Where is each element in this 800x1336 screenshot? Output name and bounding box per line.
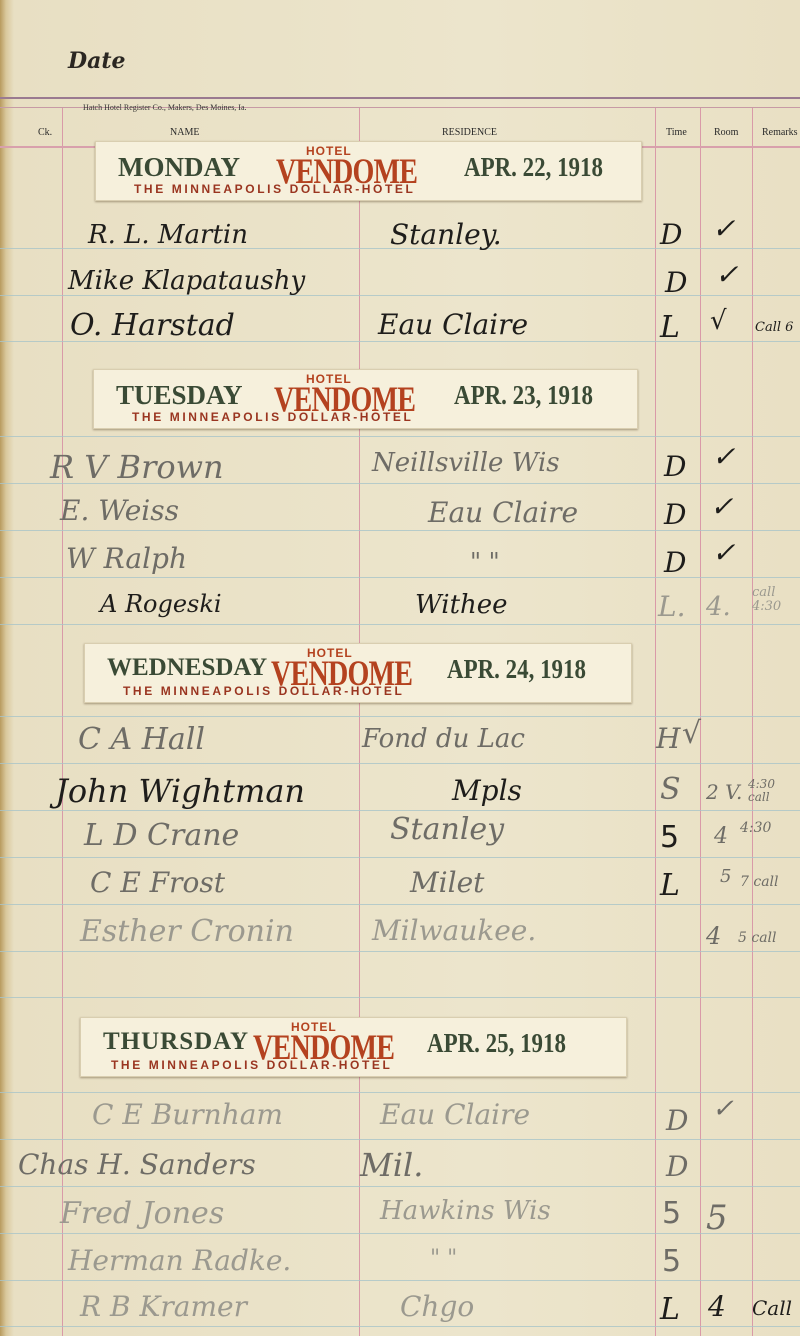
day-banner-monday: MONDAY HOTEL VENDOME APR. 22, 1918 THE M… [95, 141, 642, 201]
col-header-room: Room [714, 127, 738, 138]
guest-residence: Hawkins Wis [380, 1196, 551, 1226]
guest-residence: Milwaukee. [372, 914, 536, 947]
guest-residence: Eau Claire [378, 308, 528, 341]
ruled-line [0, 997, 800, 998]
guest-remarks: 4:30 call [748, 778, 800, 804]
guest-time: D [666, 1150, 688, 1183]
guest-room: 2 V. [706, 780, 742, 804]
guest-name: E. Weiss [60, 494, 179, 527]
col-header-name: NAME [170, 127, 199, 138]
ruled-line [0, 1280, 800, 1281]
date-label: Date [68, 48, 126, 74]
guest-room: √ [682, 716, 701, 751]
guest-time: D [665, 266, 687, 299]
ruled-line [0, 1092, 800, 1093]
guest-room: 4 [706, 922, 721, 950]
guest-time: S [660, 772, 681, 807]
banner-day: THURSDAY [103, 1028, 249, 1056]
guest-residence: Eau Claire [380, 1098, 530, 1131]
col-header-time: Time [666, 127, 687, 138]
guest-time: D [664, 498, 686, 531]
ruled-line [0, 1139, 800, 1140]
banner-date: APR. 25, 1918 [427, 1028, 566, 1059]
guest-residence: Withee [415, 590, 508, 620]
top-rule [0, 97, 800, 99]
guest-name: C A Hall [78, 722, 205, 757]
banner-day: TUESDAY [116, 380, 243, 411]
guest-time: D [666, 1104, 688, 1137]
guest-room: ✓ [712, 212, 735, 245]
guest-name: Esther Cronin [80, 914, 294, 949]
guest-name: R B Kramer [80, 1290, 247, 1323]
guest-residence: Chgo [400, 1290, 474, 1323]
guest-time: L. [658, 590, 686, 623]
guest-room: √ [710, 306, 727, 336]
guest-residence: Neillsville Wis [372, 448, 560, 478]
guest-name: John Wightman [55, 772, 305, 810]
guest-time: D [660, 218, 682, 251]
ruled-line [0, 1233, 800, 1234]
guest-name: O. Harstad [70, 308, 235, 343]
ruled-line [0, 716, 800, 717]
banner-tagline: THE MINNEAPOLIS DOLLAR-HOTEL [132, 410, 413, 424]
ruled-line [0, 436, 800, 437]
guest-name: Fred Jones [60, 1196, 224, 1231]
guest-room: 5 [706, 1198, 728, 1238]
maker-line: Hatch Hotel Register Co., Makers, Des Mo… [83, 103, 247, 112]
guest-time: D [664, 546, 686, 579]
banner-day: WEDNESDAY [107, 654, 267, 682]
guest-room: 4 [714, 824, 728, 849]
banner-date: APR. 24, 1918 [447, 654, 586, 685]
guest-room: ✓ [710, 490, 733, 523]
guest-remarks: call 4:30 [752, 586, 800, 614]
guest-residence: Stanley [390, 812, 504, 847]
guest-room: ✓ [712, 440, 735, 473]
guest-name: A Rogeski [100, 590, 222, 618]
day-banner-tuesday: TUESDAY HOTEL VENDOME APR. 23, 1918 THE … [93, 369, 638, 429]
ruled-line [0, 951, 800, 952]
guest-residence: " " [470, 548, 500, 576]
ruled-line [0, 1186, 800, 1187]
guest-name: C E Frost [90, 866, 225, 899]
guest-time: H [656, 722, 680, 755]
banner-tagline: THE MINNEAPOLIS DOLLAR-HOTEL [134, 182, 415, 196]
guest-name: Herman Radke. [68, 1244, 291, 1277]
guest-remarks: Call [752, 1296, 792, 1320]
guest-name: L D Crane [84, 818, 239, 853]
register-page: Date Hatch Hotel Register Co., Makers, D… [0, 0, 800, 1336]
guest-residence: Mpls [452, 774, 522, 807]
guest-room: 4 [708, 1290, 726, 1323]
ruled-line [0, 763, 800, 764]
guest-residence: Stanley. [390, 218, 502, 251]
guest-name: C E Burnham [92, 1098, 283, 1131]
col-header-ck: Ck. [38, 127, 52, 138]
guest-residence: Eau Claire [428, 496, 578, 529]
guest-time: D [664, 450, 686, 483]
guest-time: L [660, 1292, 680, 1327]
day-banner-thursday: THURSDAY HOTEL VENDOME APR. 25, 1918 THE… [80, 1017, 627, 1077]
banner-date: APR. 22, 1918 [464, 152, 603, 183]
banner-day: MONDAY [118, 152, 240, 183]
guest-room: 4. [706, 592, 731, 622]
col-header-remarks: Remarks [762, 127, 798, 138]
guest-time: 5 [662, 1244, 681, 1279]
guest-name: Mike Klapataushy [68, 266, 305, 296]
guest-remarks: 7 call [740, 874, 779, 890]
guest-time: 5 [662, 1196, 681, 1231]
ruled-line [0, 624, 800, 625]
ruled-line [0, 857, 800, 858]
room-column-rule [752, 108, 753, 1336]
guest-residence: Fond du Lac [362, 724, 525, 754]
guest-room: ✓ [715, 258, 738, 291]
ruled-line [0, 810, 800, 811]
banner-date: APR. 23, 1918 [454, 380, 593, 411]
banner-tagline: THE MINNEAPOLIS DOLLAR-HOTEL [111, 1058, 392, 1072]
day-banner-wednesday: WEDNESDAY HOTEL VENDOME APR. 24, 1918 TH… [84, 643, 632, 703]
guest-name: W Ralph [66, 542, 187, 575]
ruled-line [0, 904, 800, 905]
guest-remarks: Call 6 [755, 320, 793, 335]
guest-time: L [660, 868, 680, 903]
guest-time: 5 [660, 820, 679, 855]
col-header-residence: RESIDENCE [442, 127, 497, 138]
banner-tagline: THE MINNEAPOLIS DOLLAR-HOTEL [123, 684, 404, 698]
guest-name: Chas H. Sanders [18, 1148, 256, 1181]
guest-residence: Milet [410, 866, 484, 899]
guest-remarks: 5 call [738, 930, 777, 946]
guest-remarks: 4:30 [740, 820, 771, 836]
guest-residence: Mil. [360, 1146, 423, 1184]
guest-residence: " " [430, 1246, 457, 1271]
guest-room: 5 [720, 866, 731, 887]
guest-room: ✓ [712, 536, 735, 569]
guest-time: L [660, 310, 680, 345]
guest-name: R V Brown [50, 448, 224, 486]
guest-name: R. L. Martin [88, 220, 248, 250]
ruled-line [0, 1326, 800, 1327]
guest-room: ✓ [712, 1094, 734, 1124]
